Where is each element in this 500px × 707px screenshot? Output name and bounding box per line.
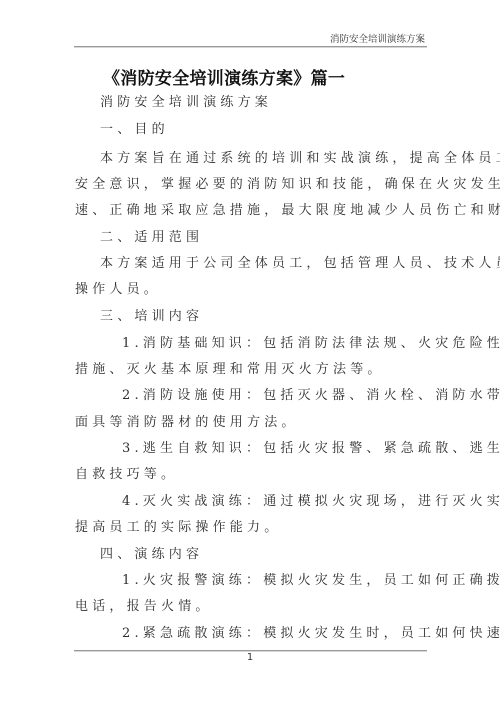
running-header: 消防安全培训演练方案 (330, 31, 425, 45)
text-line: 2.消防设施使用：包括灭火器、消火栓、消防水带、防毒 (122, 388, 500, 404)
text-line: 四、演练内容 (100, 547, 203, 563)
text-line: 3.逃生自救知识：包括火灾报警、紧急疏散、逃生路线、 (122, 441, 500, 457)
footer-rule (74, 650, 427, 651)
text-line: 一、目的 (100, 122, 169, 138)
document-title: 《消防安全培训演练方案》篇一 (103, 64, 345, 89)
text-line: 本方案适用于公司全体员工，包括管理人员、技术人员和一线 (100, 256, 500, 272)
text-line: 二、适用范围 (100, 230, 203, 246)
text-line: 速、正确地采取应急措施，最大限度地减少人员伤亡和财产损失。 (75, 203, 500, 219)
text-line: 自救技巧等。 (75, 467, 178, 483)
text-line: 本方案旨在通过系统的培训和实战演练，提高全体员工的消防 (100, 151, 500, 167)
header-rule (74, 46, 427, 47)
text-line: 消防安全培训演练方案 (100, 95, 272, 111)
document-page: 消防安全培训演练方案 《消防安全培训演练方案》篇一 消防安全培训演练方案一、目的… (0, 0, 500, 707)
text-line: 1.消防基础知识：包括消防法律法规、火灾危险性及预防 (122, 336, 500, 352)
text-line: 安全意识，掌握必要的消防知识和技能，确保在火灾发生时能够迅 (75, 177, 500, 193)
text-line: 2.紧急疏散演练：模拟火灾发生时，员工如何快速、有序 (122, 626, 500, 642)
text-line: 措施、灭火基本原理和常用灭火方法等。 (75, 362, 385, 378)
text-line: 面具等消防器材的使用方法。 (75, 415, 299, 431)
text-line: 电话，报告火情。 (75, 599, 213, 615)
text-line: 提高员工的实际操作能力。 (75, 520, 281, 536)
text-line: 4.灭火实战演练：通过模拟火灾现场，进行灭火实战演练， (122, 494, 500, 510)
text-line: 三、培训内容 (100, 309, 203, 325)
text-line: 操作人员。 (75, 282, 161, 298)
page-number: 1 (0, 652, 500, 663)
text-line: 1.火灾报警演练：模拟火灾发生，员工如何正确拨打火警 (122, 573, 500, 589)
